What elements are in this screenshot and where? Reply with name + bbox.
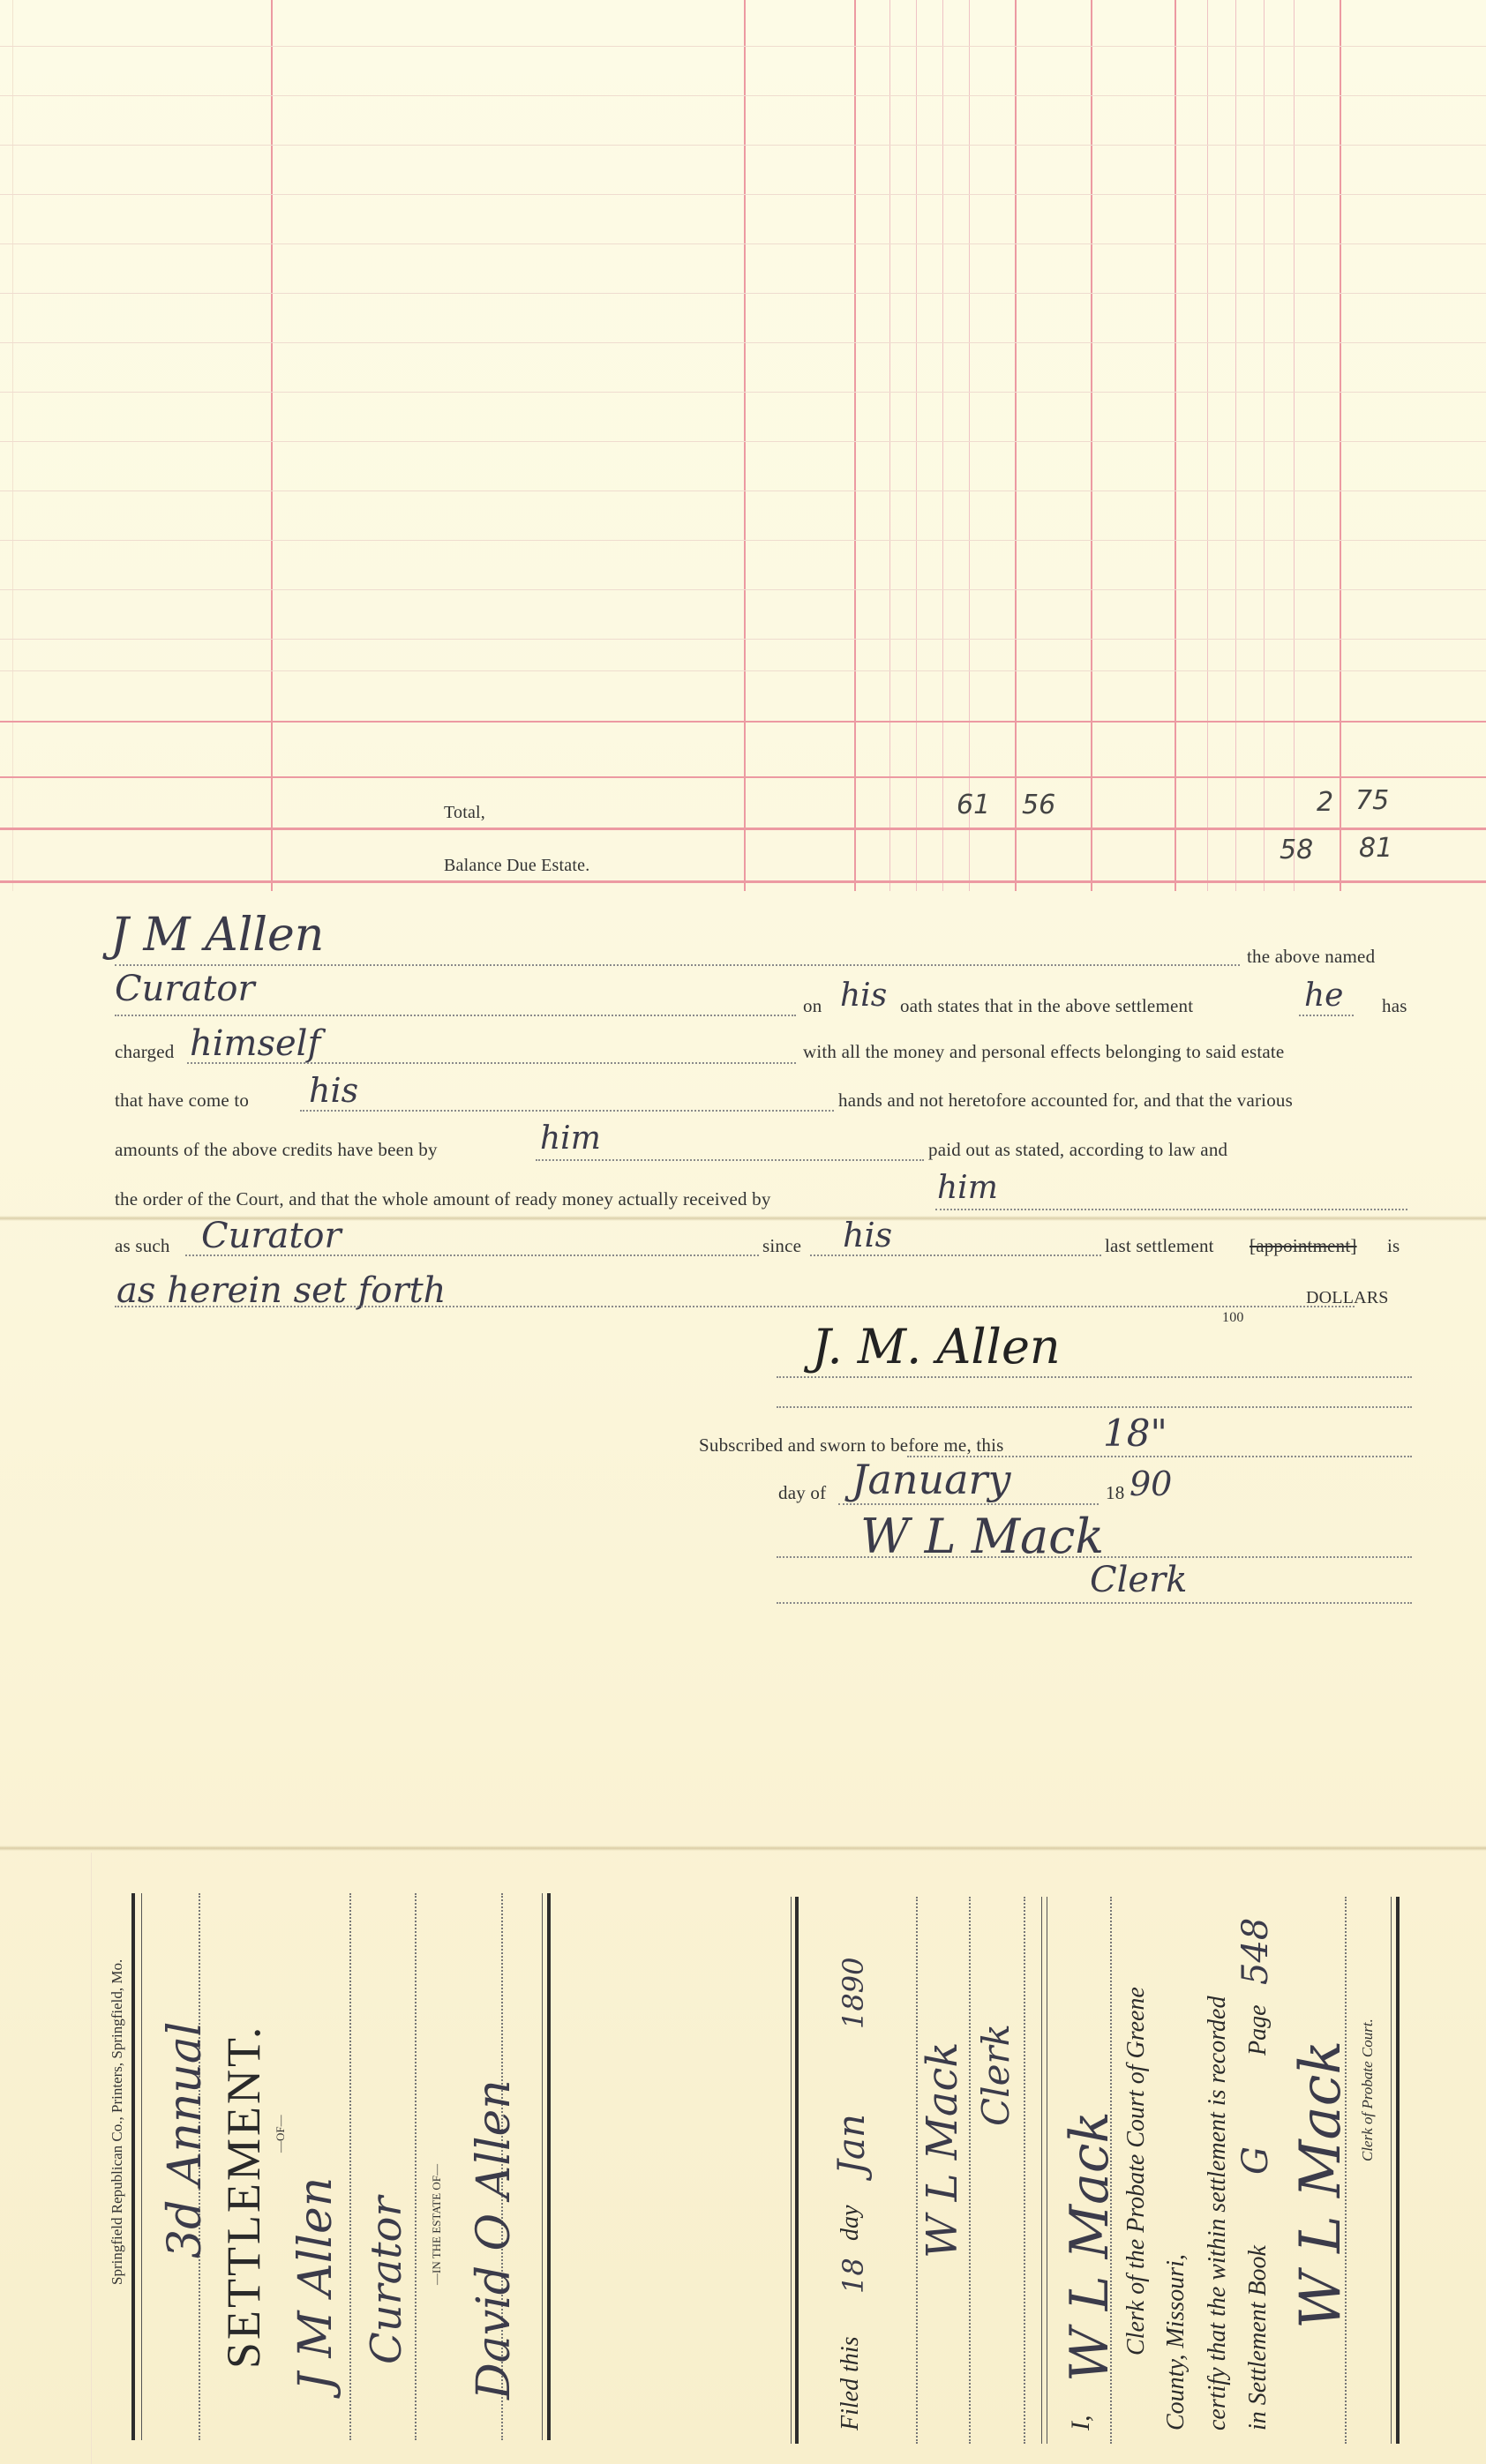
dollars-label: DOLLARS xyxy=(1306,1288,1389,1308)
blank-line xyxy=(300,1110,834,1112)
margin-rule xyxy=(12,0,13,891)
row-rule xyxy=(0,243,1486,244)
row-rule xyxy=(0,293,1486,294)
double-rule xyxy=(791,1897,792,2444)
text: day of xyxy=(778,1482,826,1504)
filed-year: 1890 xyxy=(837,1958,870,2029)
cert-name: W L Mack xyxy=(1059,2111,1121,2382)
printer-imprint: Springfield Republican Co., Printers, Sp… xyxy=(109,1959,126,2285)
column-rule xyxy=(1235,0,1236,891)
jurat-day: 18" xyxy=(1103,1412,1167,1455)
year-suffix: 90 xyxy=(1130,1464,1172,1503)
clerk-title: Clerk xyxy=(1090,1560,1187,1600)
row-rule-red xyxy=(0,721,1486,723)
column-rule xyxy=(1175,0,1176,891)
column-rule xyxy=(1340,0,1341,891)
balance-dollars: 58 xyxy=(1280,835,1313,865)
text: hands and not heretofore accounted for, … xyxy=(838,1090,1293,1112)
filed-prefix: Filed this xyxy=(837,2336,865,2430)
total-credit-dollars: 2 xyxy=(1317,787,1333,818)
column-rule xyxy=(854,0,856,891)
column-rule xyxy=(1091,0,1092,891)
column-rule xyxy=(1264,0,1265,891)
total-credit-cents: 75 xyxy=(1355,785,1389,816)
row-rule xyxy=(0,392,1486,393)
column-rule xyxy=(916,0,917,891)
text: as such xyxy=(115,1235,170,1257)
cert-i: I, xyxy=(1066,2415,1096,2431)
double-rule xyxy=(131,1893,135,2440)
row-rule xyxy=(0,441,1486,442)
balance-label: Balance Due Estate. xyxy=(444,856,589,876)
text: amounts of the above credits have been b… xyxy=(115,1139,438,1161)
column-rule xyxy=(744,0,746,891)
column-rule xyxy=(1294,0,1295,891)
text: the order of the Court, and that the who… xyxy=(115,1188,771,1210)
filed-day: 18 xyxy=(837,2258,870,2294)
blank-line xyxy=(838,1503,1099,1505)
row-rule xyxy=(0,194,1486,195)
row-rule xyxy=(0,540,1486,541)
row-rule xyxy=(0,491,1486,491)
affiant-role: Curator xyxy=(115,969,255,1009)
cert-page-label: Page xyxy=(1244,2004,1272,2056)
column-rule xyxy=(889,0,890,891)
jurat-month: January xyxy=(852,1456,1011,1503)
blank-line xyxy=(115,964,1240,966)
double-rule xyxy=(1391,1897,1392,2444)
column-rule xyxy=(942,0,943,891)
row-rule xyxy=(0,46,1486,47)
paper-fold xyxy=(0,1846,1486,1851)
row-rule-red xyxy=(0,776,1486,778)
row-rule xyxy=(0,589,1486,590)
cert-line-4: in Settlement Book xyxy=(1244,2245,1272,2430)
role: Curator xyxy=(201,1216,341,1256)
fold-line xyxy=(91,1853,92,2464)
himself: himself xyxy=(190,1023,320,1064)
total-label: Total, xyxy=(444,803,485,823)
blank-line xyxy=(115,1306,1355,1307)
pronoun: him xyxy=(540,1120,601,1157)
cert-book: G xyxy=(1235,2146,1276,2175)
row-rule xyxy=(0,342,1486,343)
double-rule xyxy=(1396,1897,1400,2444)
column-rule xyxy=(969,0,970,891)
blank-line xyxy=(1299,1015,1354,1016)
cert-line-2: County, Missouri, xyxy=(1162,2254,1190,2430)
text: paid out as stated, according to law and xyxy=(928,1139,1227,1161)
column-rule xyxy=(271,0,273,891)
double-rule xyxy=(1041,1897,1042,2444)
pronoun: his xyxy=(309,1071,358,1110)
pronoun: he xyxy=(1304,977,1344,1014)
text: oath states that in the above settlement xyxy=(900,995,1193,1017)
affiant-signature: J. M. Allen xyxy=(812,1319,1061,1374)
blank-line xyxy=(810,1254,1101,1256)
text: is xyxy=(1387,1235,1400,1257)
filed-signature: W L Mack xyxy=(918,2042,967,2258)
affiant-name: J M Allen xyxy=(110,909,324,962)
dotted-rule xyxy=(415,1893,417,2440)
cert-line-3: certify that the within settlement is re… xyxy=(1204,1996,1232,2431)
text: on xyxy=(803,995,822,1017)
double-rule xyxy=(547,1893,551,2440)
of-role: Curator xyxy=(362,2197,411,2364)
cert-signature: W L Mack xyxy=(1288,2041,1354,2329)
text: that have come to xyxy=(115,1090,249,1112)
double-rule xyxy=(795,1897,799,2444)
text: the above named xyxy=(1247,946,1375,968)
text: charged xyxy=(115,1041,174,1063)
filed-day-word: day xyxy=(837,2206,865,2241)
blank-line xyxy=(536,1159,924,1161)
of-label: —OF— xyxy=(274,2115,288,2153)
blank-line xyxy=(935,1209,1407,1210)
cents-label: 100 xyxy=(1222,1310,1244,1326)
pronoun: his xyxy=(843,1216,892,1254)
in-estate-label: —IN THE ESTATE OF— xyxy=(430,2164,444,2285)
dotted-rule xyxy=(349,1893,351,2440)
dotted-rule xyxy=(969,1897,971,2444)
cert-page: 548 xyxy=(1235,1918,1276,1985)
text: with all the money and personal effects … xyxy=(803,1041,1284,1063)
of-name: J M Allen xyxy=(289,2177,342,2391)
double-rule xyxy=(542,1893,543,2440)
cert-title: Clerk of Probate Court. xyxy=(1359,2018,1377,2161)
settlement-ordinal: 3d Annual xyxy=(159,2021,212,2258)
balance-rule xyxy=(0,880,1486,883)
pronoun: his xyxy=(840,977,887,1014)
blank-line xyxy=(185,1254,759,1256)
dotted-rule xyxy=(1024,1897,1025,2444)
blank-line xyxy=(187,1062,796,1064)
total-debit-cents: 56 xyxy=(1022,790,1055,820)
year-prefix: 18 xyxy=(1106,1482,1124,1504)
settlement-title: SETTLEMENT. xyxy=(216,2025,271,2369)
row-rule xyxy=(0,145,1486,146)
double-rule xyxy=(141,1893,142,2440)
total-rule xyxy=(0,828,1486,830)
blank-line xyxy=(115,1015,796,1016)
column-rule xyxy=(1207,0,1208,891)
text: since xyxy=(762,1235,801,1257)
estate-name: David O Allen xyxy=(468,2079,521,2400)
struck-appointment: [appointment] xyxy=(1250,1235,1357,1257)
signature-line xyxy=(777,1376,1412,1378)
balance-cents: 81 xyxy=(1359,833,1392,864)
double-rule xyxy=(1047,1897,1047,2444)
blank-line xyxy=(777,1602,1412,1604)
blank-line xyxy=(777,1406,1412,1408)
row-rule xyxy=(0,639,1486,640)
column-rule xyxy=(1015,0,1017,891)
filed-month: Jan xyxy=(829,2114,873,2175)
signature-line xyxy=(777,1556,1412,1558)
text: has xyxy=(1382,995,1407,1017)
row-rule xyxy=(0,670,1486,671)
pronoun: him xyxy=(937,1170,998,1206)
cert-line-1: Clerk of the Probate Court of Greene xyxy=(1122,1987,1151,2355)
subscribed-text: Subscribed and sworn to before me, this xyxy=(699,1434,1003,1457)
row-rule xyxy=(0,95,1486,96)
filed-title: Clerk xyxy=(974,2024,1017,2126)
text: last settlement xyxy=(1105,1235,1214,1257)
total-debit-dollars: 61 xyxy=(957,790,990,820)
